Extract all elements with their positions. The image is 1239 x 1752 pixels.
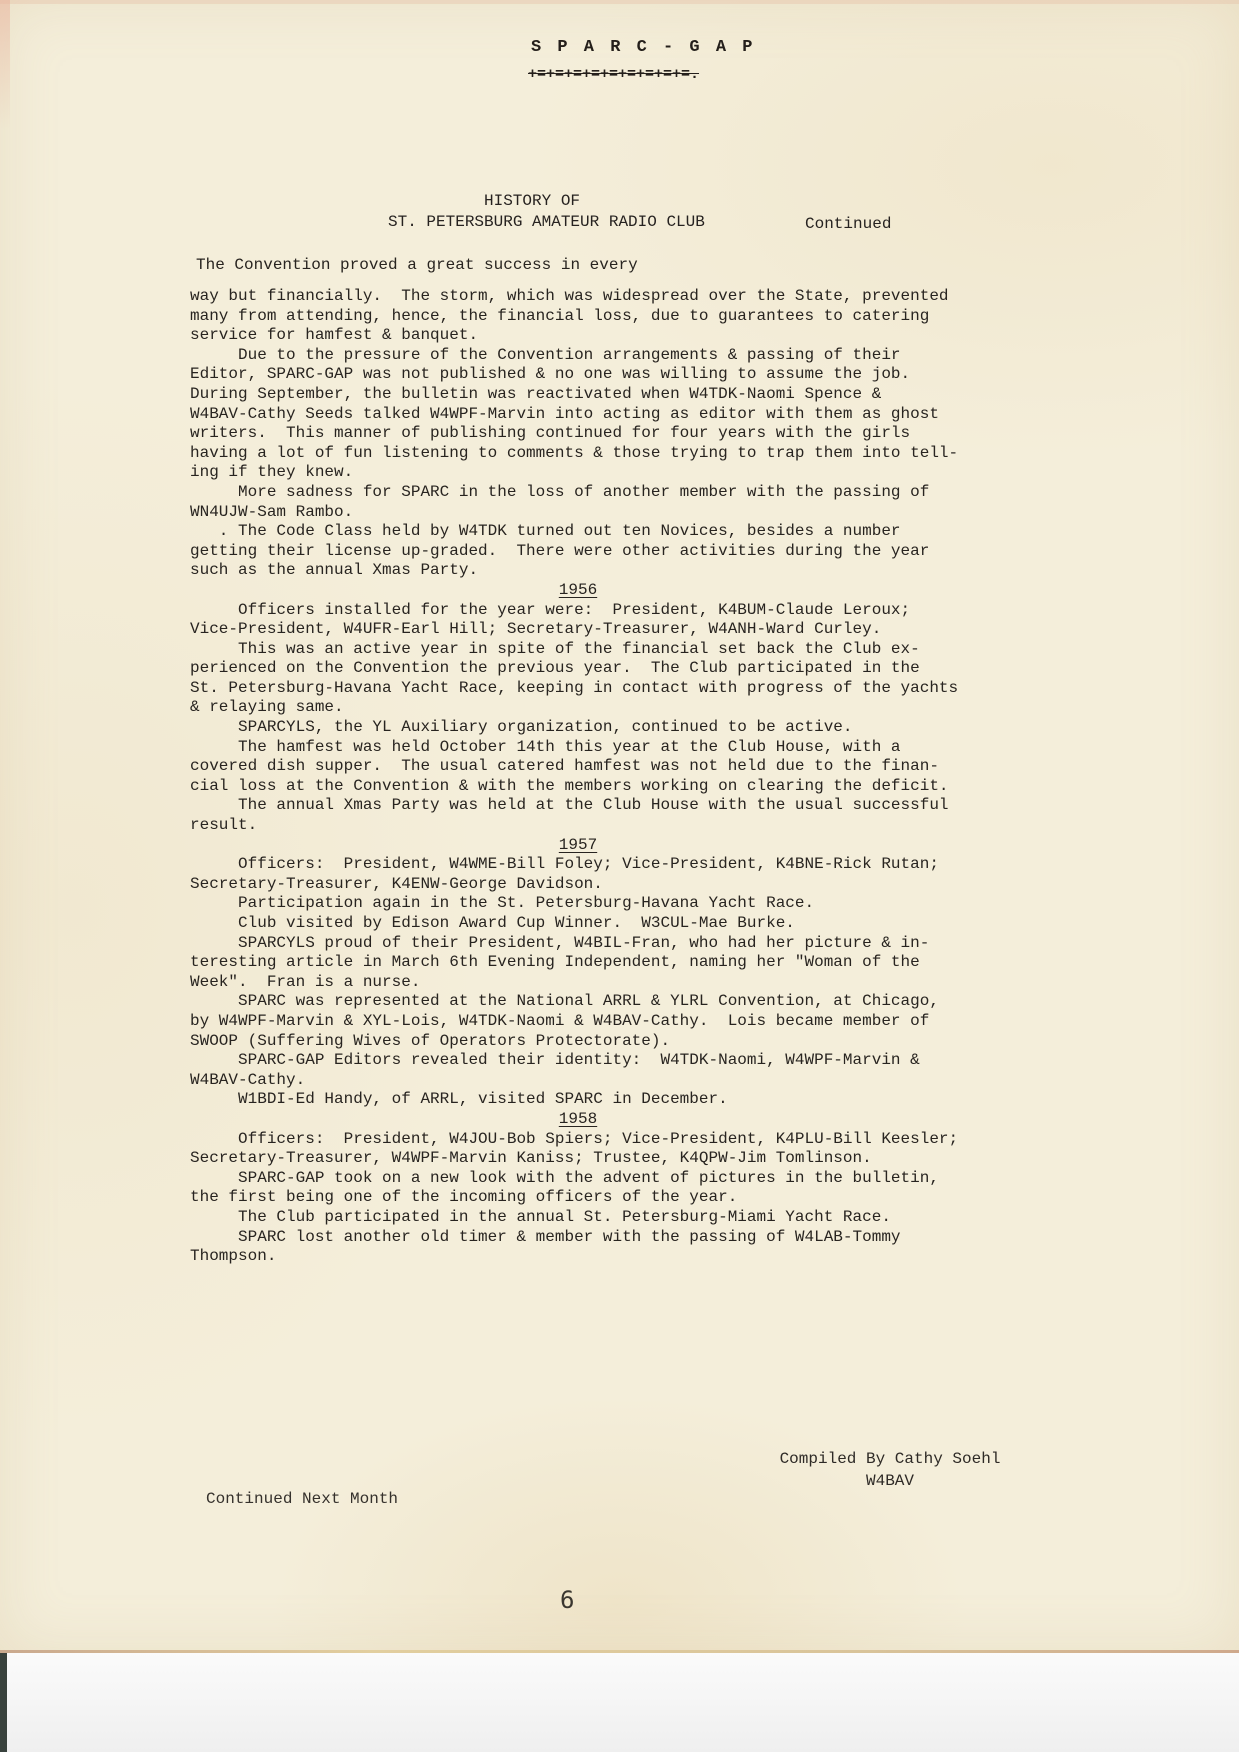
text-line: perienced on the Convention the previous…: [190, 659, 990, 679]
text-line: by W4WPF-Marvin & XYL-Lois, W4TDK-Naomi …: [190, 1012, 990, 1032]
article-title-line2: ST. PETERSBURG AMATEUR RADIO CLUB: [388, 213, 705, 231]
text-line: Officers: President, W4WME-Bill Foley; V…: [190, 855, 990, 875]
text-line: Vice-President, W4UFR-Earl Hill; Secreta…: [190, 620, 990, 640]
text-line: Thompson.: [190, 1247, 990, 1267]
text-line: WN4UJW-Sam Rambo.: [190, 503, 990, 523]
compiled-by-block: Compiled By Cathy Soehl W4BAV: [770, 1450, 1010, 1490]
text-line: W4BAV-Cathy Seeds talked W4WPF-Marvin in…: [190, 405, 990, 425]
scanner-left-edge: [0, 1653, 7, 1752]
text-line: Officers: President, W4JOU-Bob Spiers; V…: [190, 1130, 990, 1150]
text-line: SPARC-GAP took on a new look with the ad…: [190, 1169, 990, 1189]
newsletter-masthead: S P A R C - G A P: [531, 38, 755, 57]
year-heading-text: 1958: [559, 1110, 597, 1128]
text-line: result.: [190, 816, 990, 836]
text-line: The hamfest was held October 14th this y…: [190, 738, 990, 758]
text-line: St. Petersburg-Havana Yacht Race, keepin…: [190, 679, 990, 699]
text-line: Officers installed for the year were: Pr…: [190, 601, 990, 621]
year-heading-text: 1956: [559, 581, 597, 599]
scan-left-edge: [0, 0, 10, 130]
text-line: SPARC lost another old timer & member wi…: [190, 1228, 990, 1248]
text-line: writers. This manner of publishing conti…: [190, 424, 990, 444]
text-line: During September, the bulletin was react…: [190, 385, 990, 405]
text-line: SPARCYLS, the YL Auxiliary organization,…: [190, 718, 990, 738]
text-line: W4BAV-Cathy.: [190, 1071, 990, 1091]
text-line: SPARCYLS proud of their President, W4BIL…: [190, 934, 990, 954]
continued-label: Continued: [805, 215, 891, 233]
text-line: This was an active year in spite of the …: [190, 640, 990, 660]
text-line: SPARC-GAP Editors revealed their identit…: [190, 1051, 990, 1071]
article-title-line1: HISTORY OF: [484, 192, 580, 210]
text-line: many from attending, hence, the financia…: [190, 307, 990, 327]
text-line: The annual Xmas Party was held at the Cl…: [190, 796, 990, 816]
text-line: such as the annual Xmas Party.: [190, 561, 990, 581]
scanned-page: S P A R C - G A P +=+=+=+=+=+=+=+=+=. HI…: [0, 0, 1239, 1752]
text-line: The Club participated in the annual St. …: [190, 1208, 990, 1228]
text-line: cial loss at the Convention & with the m…: [190, 777, 990, 797]
text-line: Due to the pressure of the Convention ar…: [190, 346, 990, 366]
text-line: service for hamfest & banquet.: [190, 326, 990, 346]
continued-next-month: Continued Next Month: [206, 1490, 398, 1508]
year-heading-1958: 1958: [190, 1110, 966, 1130]
text-line: getting their license up-graded. There w…: [190, 542, 990, 562]
text-line: More sadness for SPARC in the loss of an…: [190, 483, 990, 503]
text-line: & relaying same.: [190, 698, 990, 718]
text-line: Secretary-Treasurer, W4WPF-Marvin Kaniss…: [190, 1149, 990, 1169]
text-line: way but financially. The storm, which wa…: [190, 287, 990, 307]
year-heading-text: 1957: [559, 836, 597, 854]
text-line: ing if they knew.: [190, 463, 990, 483]
text-line: covered dish supper. The usual catered h…: [190, 757, 990, 777]
scan-top-edge: [0, 0, 1239, 4]
text-line: teresting article in March 6th Evening I…: [190, 953, 990, 973]
paper-sheet: S P A R C - G A P +=+=+=+=+=+=+=+=+=. HI…: [0, 0, 1239, 1653]
year-heading-1957: 1957: [190, 836, 966, 856]
compiled-by-text: Compiled By Cathy Soehl: [770, 1450, 1010, 1468]
year-heading-1956: 1956: [190, 581, 966, 601]
text-line: Week". Fran is a nurse.: [190, 973, 990, 993]
text-line: Participation again in the St. Petersbur…: [190, 894, 990, 914]
text-line: Editor, SPARC-GAP was not published & no…: [190, 365, 990, 385]
page-number: 6: [560, 1586, 574, 1614]
compiler-callsign: W4BAV: [770, 1472, 1010, 1490]
text-line: having a lot of fun listening to comment…: [190, 444, 990, 464]
text-line: W1BDI-Ed Handy, of ARRL, visited SPARC i…: [190, 1090, 990, 1110]
text-line: the first being one of the incoming offi…: [190, 1188, 990, 1208]
text-line: SWOOP (Suffering Wives of Operators Prot…: [190, 1032, 990, 1052]
text-line: Secretary-Treasurer, K4ENW-George Davids…: [190, 875, 990, 895]
text-line: Club visited by Edison Award Cup Winner.…: [190, 914, 990, 934]
intro-line: The Convention proved a great success in…: [196, 256, 638, 274]
text-line: SPARC was represented at the National AR…: [190, 992, 990, 1012]
masthead-decorative-rule: +=+=+=+=+=+=+=+=+=.: [528, 66, 699, 83]
scanner-background: [0, 1653, 1239, 1752]
text-line: . The Code Class held by W4TDK turned ou…: [190, 522, 990, 542]
body-text: way but financially. The storm, which wa…: [190, 287, 990, 1267]
